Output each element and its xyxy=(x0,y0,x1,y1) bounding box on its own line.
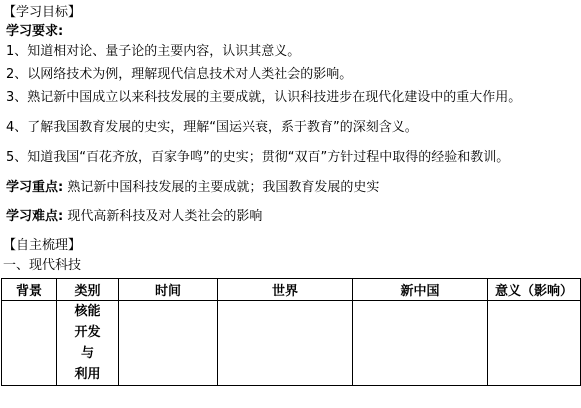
table-header-row: 背景 类别 时间 世界 新中国 意义（影响） xyxy=(2,279,581,301)
header-world: 世界 xyxy=(218,279,353,301)
modern-tech-table: 背景 类别 时间 世界 新中国 意义（影响） 核能 开发 与 利用 xyxy=(1,278,581,386)
difficulties-text: 现代高新科技及对人类社会的影响 xyxy=(67,209,262,224)
header-time: 时间 xyxy=(119,279,218,301)
key-points: 学习重点: 熟记新中国科技发展的主要成就；我国教育发展的史实 xyxy=(6,180,379,196)
review-heading: 【自主梳理】 xyxy=(3,238,81,254)
header-significance: 意义（影响） xyxy=(488,279,581,301)
objective-item-4: 4、了解我国教育发展的史实，理解“国运兴衰，系于教育”的深刻含义。 xyxy=(6,120,418,136)
difficulties: 学习难点: 现代高新科技及对人类社会的影响 xyxy=(6,209,262,225)
cell-background[interactable] xyxy=(2,301,57,386)
difficulties-label: 学习难点: xyxy=(6,209,63,224)
objective-item-3: 3、熟记新中国成立以来科技发展的主要成就，认识科技进步在现代化建设中的重大作用。 xyxy=(6,90,521,106)
requirements-label: 学习要求: xyxy=(6,24,63,40)
objective-item-2: 2、以网络技术为例，理解现代信息技术对人类社会的影响。 xyxy=(6,67,352,83)
cell-significance[interactable] xyxy=(488,301,581,386)
objectives-heading: 【学习目标】 xyxy=(3,5,81,21)
header-new-china: 新中国 xyxy=(353,279,488,301)
category-line: 利用 xyxy=(57,364,118,385)
table-row: 核能 开发 与 利用 xyxy=(2,301,581,386)
category-line: 开发 xyxy=(57,322,118,343)
header-background: 背景 xyxy=(2,279,57,301)
key-points-label: 学习重点: xyxy=(6,180,63,195)
header-category: 类别 xyxy=(57,279,119,301)
cell-time[interactable] xyxy=(119,301,218,386)
category-line: 与 xyxy=(57,343,118,364)
key-points-text: 熟记新中国科技发展的主要成就；我国教育发展的史实 xyxy=(67,180,379,195)
cell-world[interactable] xyxy=(218,301,353,386)
category-line: 核能 xyxy=(57,301,118,322)
objective-item-5: 5、知道我国“百花齐放，百家争鸣”的史实；贯彻“双百”方针过程中取得的经验和教训… xyxy=(6,150,509,166)
cell-new-china[interactable] xyxy=(353,301,488,386)
cell-category: 核能 开发 与 利用 xyxy=(57,301,119,386)
objective-item-1: 1、知道相对论、量子论的主要内容，认识其意义。 xyxy=(6,44,300,60)
section-title: 一、现代科技 xyxy=(3,258,81,274)
